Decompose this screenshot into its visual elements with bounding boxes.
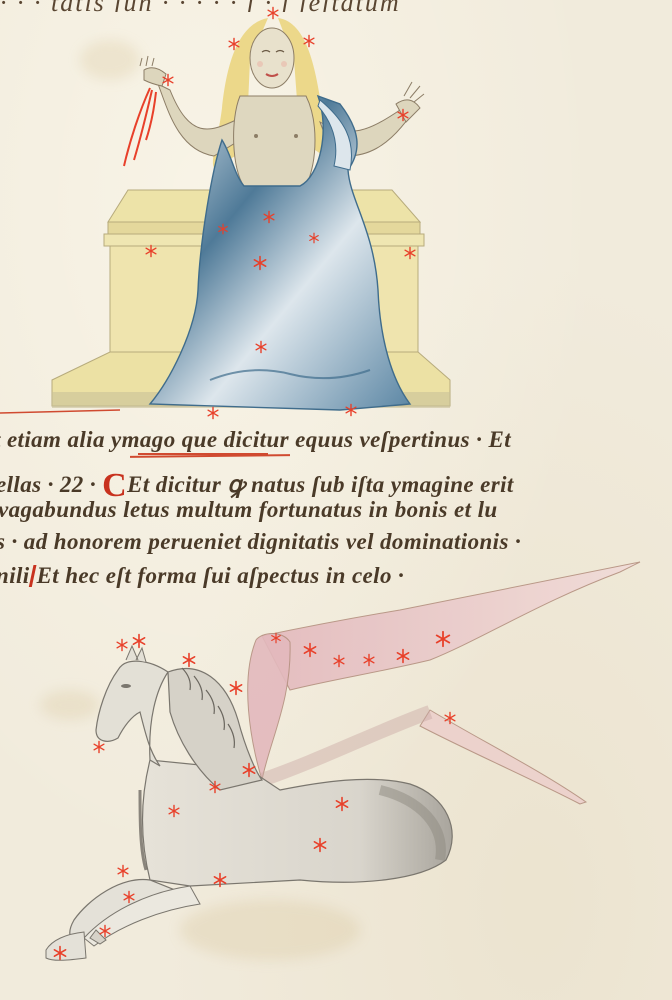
manuscript-page: · · · tatis ſūn · · · · · ſ · ſ ſeſtatum bbox=[0, 0, 672, 1000]
text-line-2: ellas · 22 · CEt dicitur ꝙ natus ſub iſt… bbox=[0, 463, 514, 501]
pegasus-figure bbox=[46, 562, 640, 960]
text-line-4: s · ad honorem perueniet dignitatis vel … bbox=[0, 529, 521, 555]
rubric-rule bbox=[0, 410, 120, 413]
text-line-5: niliEt hec eſt forma ſui aſpectus in cel… bbox=[0, 561, 404, 589]
text-line-1: t etiam alia ymago que dicitur equus veſ… bbox=[0, 427, 511, 453]
text-line-3: vagabundus letus multum fortunatus in bo… bbox=[0, 497, 498, 523]
andromeda-figure bbox=[52, 18, 450, 410]
